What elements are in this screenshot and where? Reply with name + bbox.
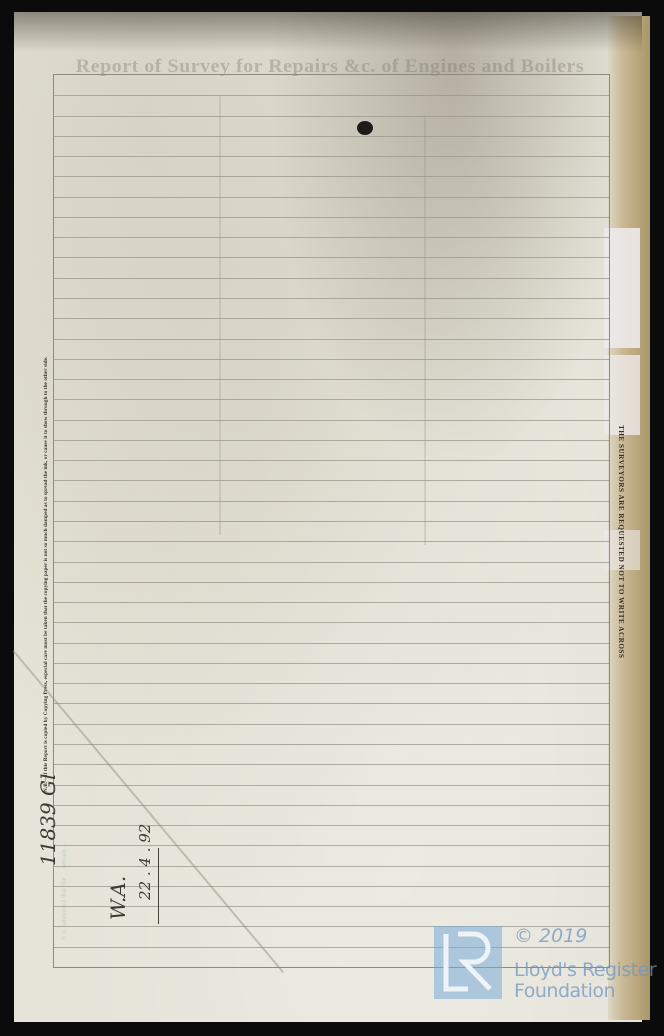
ruled-line [54,582,609,583]
ruled-line [54,176,609,177]
handwritten-initials: W.A. [106,876,130,920]
torn-right-edge [608,16,650,1020]
ruled-line [54,136,609,137]
handwritten-date: 22 . 4 . 92 [136,824,154,900]
ruled-line [54,663,609,664]
ruled-line [54,602,609,603]
ruled-line [54,156,609,157]
ruled-line [54,237,609,238]
ruled-line [54,622,609,623]
ruled-line [54,724,609,725]
ruled-line [54,562,609,563]
ruled-line [54,318,609,319]
ruled-line [54,906,609,907]
ruled-line [54,399,609,400]
ruled-line [54,521,609,522]
top-edge-stain [14,12,642,52]
ruled-line [54,257,609,258]
ruled-line [54,460,609,461]
ruled-line [54,420,609,421]
ruled-line [54,805,609,806]
lr-logo-icon [434,926,502,999]
ruled-line [54,764,609,765]
ruled-line [54,95,609,96]
lr-foundation-watermark: © 2019 Lloyd's Register Foundation [434,926,656,1002]
ruled-line [54,359,609,360]
ruled-line [54,541,609,542]
ruled-line [54,703,609,704]
ink-blot [357,121,373,135]
faded-stamp: It is submitted that the ... remain ... [60,842,68,940]
fold-crease [219,95,221,535]
org-name-line2: Foundation [514,981,656,1002]
handwritten-reference: 11839 Gl [36,774,60,866]
ruled-line [54,197,609,198]
ruled-line [54,379,609,380]
ruled-line [54,440,609,441]
ruled-line [54,339,609,340]
copyright-text: © 2019 [514,926,656,946]
ruled-line [54,217,609,218]
copying-press-note: N.B.—If this Report is copied by Copying… [43,357,49,792]
handwritten-underline [158,848,159,924]
ruled-line [54,785,609,786]
ruled-line [54,501,609,502]
surveyors-warning: THE SURVEYORS ARE REQUESTED NOT TO WRITE… [617,425,625,658]
ruled-line [54,298,609,299]
ruled-line [54,643,609,644]
org-name: Lloyd's Register [514,960,656,981]
ruled-line [54,116,609,117]
ruled-line [54,480,609,481]
ruled-line [54,744,609,745]
ruled-line [54,278,609,279]
ruled-line [54,683,609,684]
